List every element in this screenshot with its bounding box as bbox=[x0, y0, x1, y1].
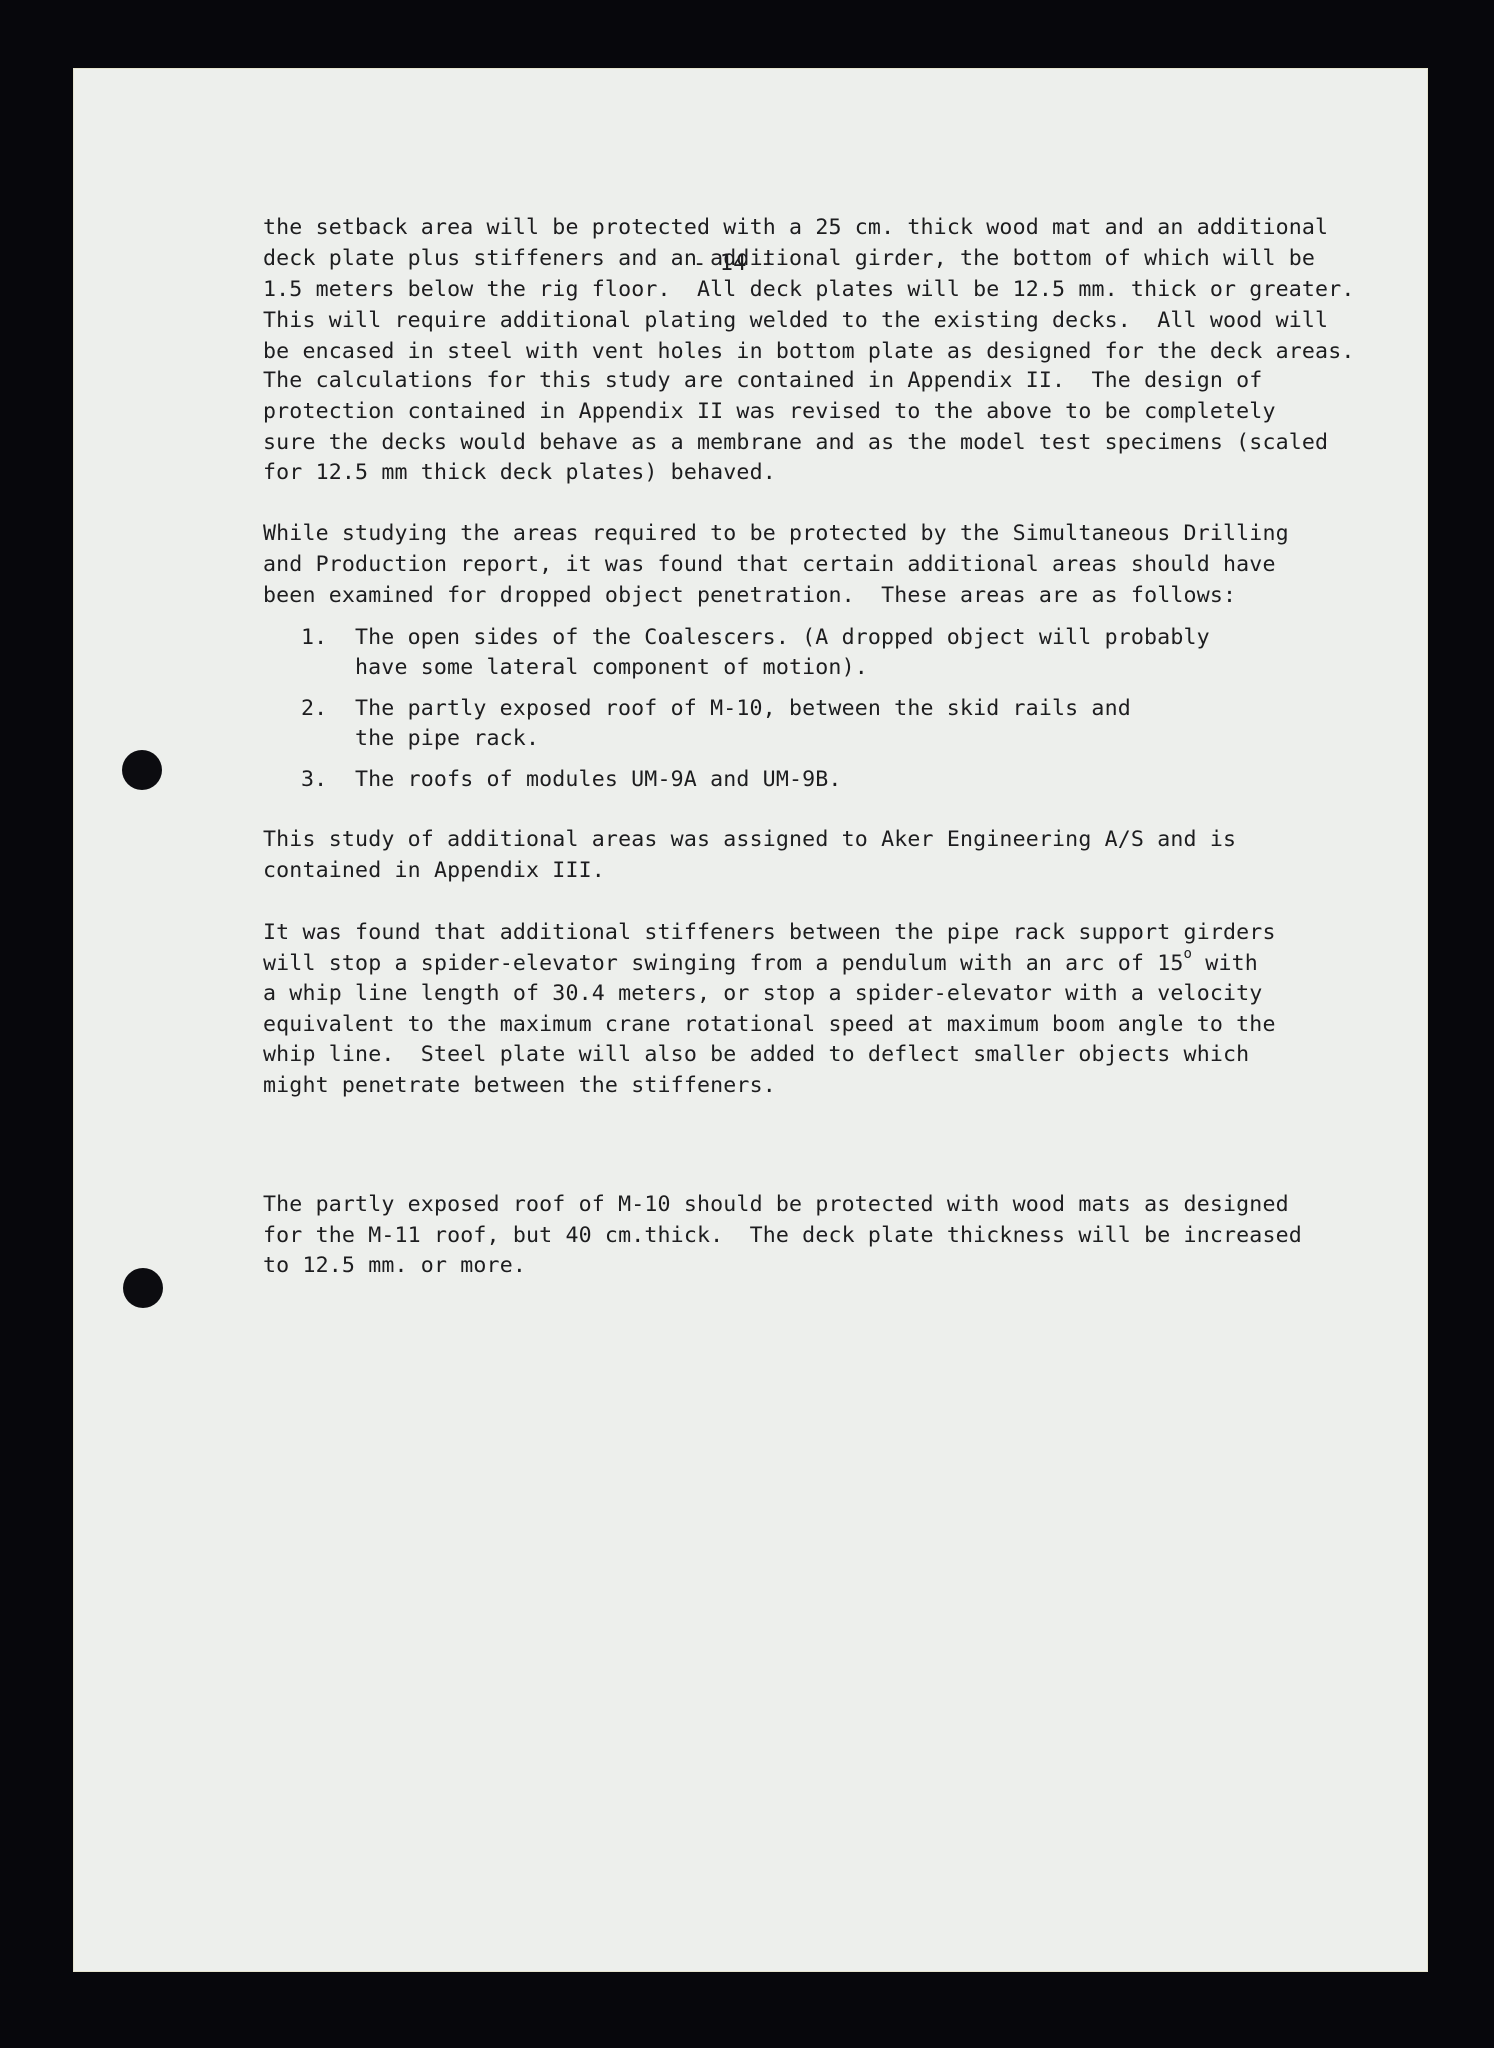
list-number: 2. bbox=[301, 689, 327, 729]
text-line: to 12.5 mm. or more. bbox=[263, 1246, 526, 1286]
list-text: The roofs of modules UM-9A and UM-9B. bbox=[355, 760, 842, 800]
list-number: 3. bbox=[301, 760, 327, 800]
punch-hole bbox=[123, 1268, 163, 1308]
punch-hole bbox=[122, 750, 162, 790]
paragraph-5: The partly exposed roof of M-10 should b… bbox=[263, 1185, 316, 1385]
list-text: have some lateral component of motion). bbox=[355, 648, 868, 688]
list-text: the pipe rack. bbox=[355, 719, 539, 759]
text-line: for 12.5 mm thick deck plates) behaved. bbox=[263, 453, 776, 493]
document-page: - 14 - the setback area will be protecte… bbox=[73, 68, 1428, 1972]
text-span: will stop a spider-elevator swinging fro… bbox=[263, 951, 1184, 976]
text-line: contained in Appendix III. bbox=[263, 851, 605, 891]
text-line: been examined for dropped object penetra… bbox=[263, 576, 1236, 616]
list-number: 1. bbox=[301, 618, 327, 658]
text-span: with bbox=[1192, 951, 1258, 976]
paragraph-2: While studying the areas required to be … bbox=[263, 514, 316, 714]
degree-superscript: o bbox=[1184, 946, 1193, 962]
text-line: might penetrate between the stiffeners. bbox=[263, 1066, 776, 1106]
